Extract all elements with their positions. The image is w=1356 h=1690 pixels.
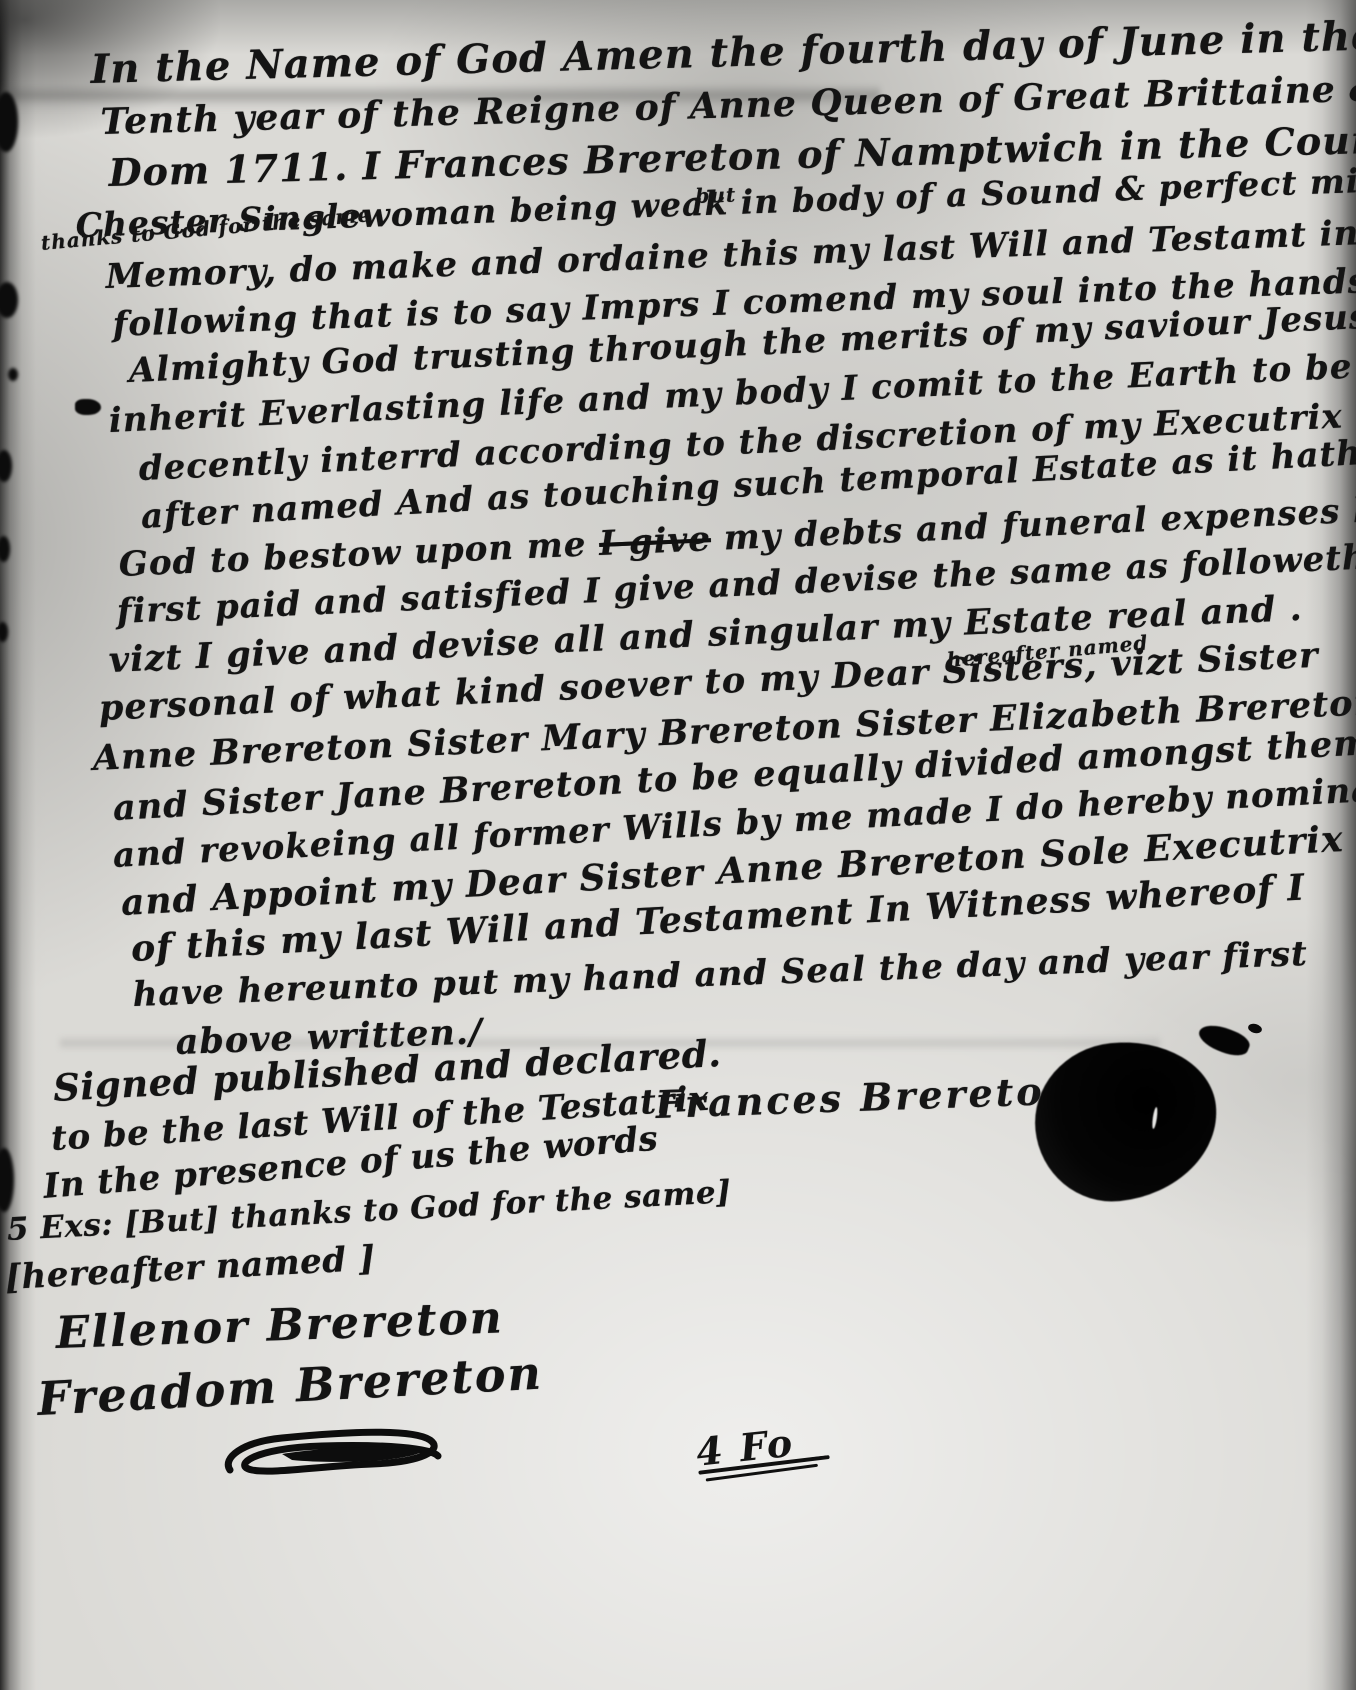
ink-blot <box>0 536 10 562</box>
struck-text: I give <box>598 519 711 564</box>
attestation-line: [hereafter named ] <box>4 1239 376 1298</box>
ink-blot <box>0 1148 14 1212</box>
folio-mark: 4 Fo <box>694 1414 849 1484</box>
witness-signature: Freadom Brereton <box>36 1346 544 1426</box>
wax-seal-tail <box>1195 1019 1252 1061</box>
ink-blot <box>0 282 18 318</box>
ink-blot <box>0 92 18 152</box>
testatrix-signature: Frances Brereton <box>655 1067 1076 1127</box>
wax-seal-highlight <box>1151 1107 1158 1129</box>
ink-blot <box>0 450 12 482</box>
wax-seal-drip <box>1247 1022 1263 1034</box>
ink-blot <box>8 368 18 381</box>
interlineation: but <box>695 183 737 208</box>
witness-signature: Ellenor Brereton <box>55 1292 505 1359</box>
ink-blot <box>0 622 8 642</box>
ink-blot <box>75 399 101 415</box>
wax-seal <box>1027 1033 1225 1209</box>
signature-flourish <box>212 1418 462 1488</box>
manuscript-page: In the Name of God Amen the fourth day o… <box>0 0 1356 1690</box>
